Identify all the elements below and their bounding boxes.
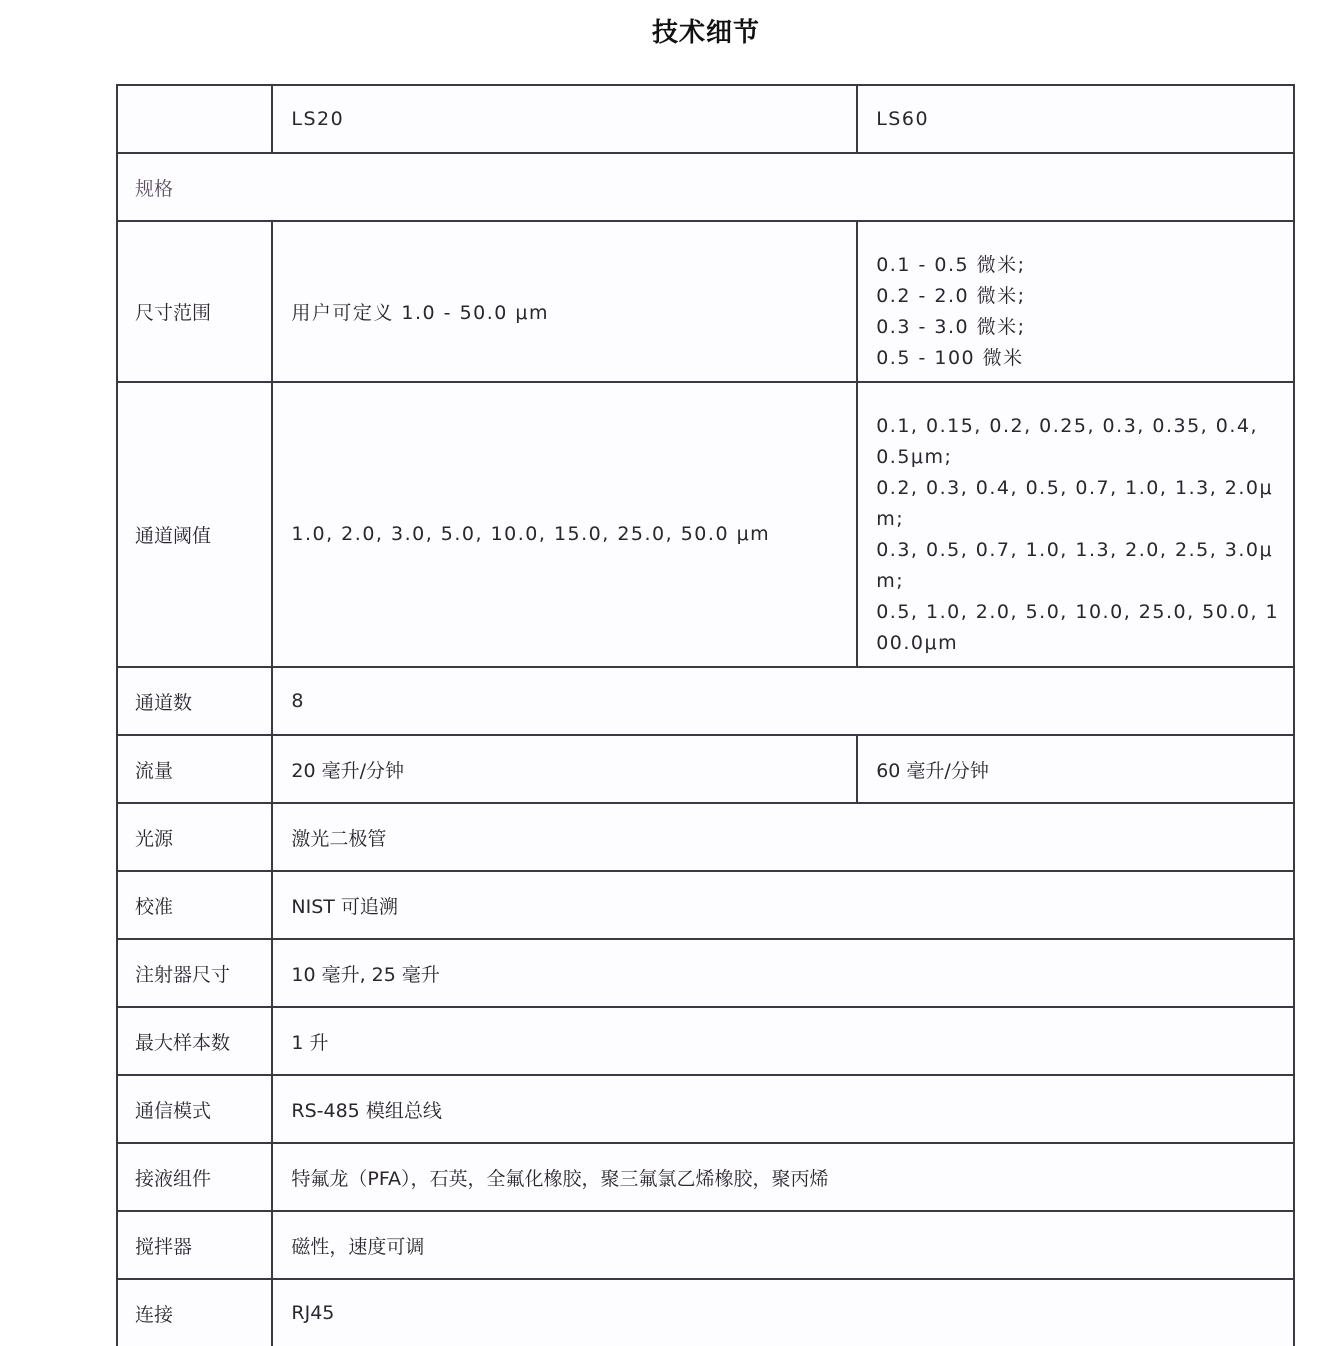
row-value: 1 升 xyxy=(272,1007,1294,1075)
ls60-line: 0.3 - 3.0 微米; xyxy=(876,312,1293,343)
table-row: 接液组件 特氟龙（PFA），石英，全氟化橡胶，聚三氟氯乙烯橡胶，聚丙烯 xyxy=(117,1143,1294,1211)
table-row: 注射器尺寸 10 毫升, 25 毫升 xyxy=(117,939,1294,1007)
row-value: 特氟龙（PFA），石英，全氟化橡胶，聚三氟氯乙烯橡胶，聚丙烯 xyxy=(272,1143,1294,1211)
header-ls20: LS20 xyxy=(272,85,857,153)
ls60-value: 60 毫升/分钟 xyxy=(857,735,1294,803)
row-value: 10 毫升, 25 毫升 xyxy=(272,939,1294,1007)
row-value: 激光二极管 xyxy=(272,803,1294,871)
ls60-value: 0.1, 0.15, 0.2, 0.25, 0.3, 0.35, 0.4, 0.… xyxy=(857,382,1294,667)
ls60-value: 0.1 - 0.5 微米; 0.2 - 2.0 微米; 0.3 - 3.0 微米… xyxy=(857,221,1294,382)
row-label: 注射器尺寸 xyxy=(117,939,272,1007)
header-ls60: LS60 xyxy=(857,85,1294,153)
row-label: 接液组件 xyxy=(117,1143,272,1211)
row-label: 尺寸范围 xyxy=(117,221,272,382)
row-value: NIST 可追溯 xyxy=(272,871,1294,939)
ls20-value: 1.0, 2.0, 3.0, 5.0, 10.0, 15.0, 25.0, 50… xyxy=(272,382,857,667)
ls60-line: 0.1, 0.15, 0.2, 0.25, 0.3, 0.35, 0.4, 0.… xyxy=(876,411,1283,473)
spec-table: LS20 LS60 规格 尺寸范围 用户可定义 1.0 - 50.0 μm 0.… xyxy=(116,84,1295,1346)
ls60-line: 0.5 - 100 微米 xyxy=(876,343,1293,374)
ls60-line: 0.2 - 2.0 微米; xyxy=(876,281,1293,312)
table-header-row: LS20 LS60 xyxy=(117,85,1294,153)
table-row: 通道数 8 xyxy=(117,667,1294,735)
table-row: 尺寸范围 用户可定义 1.0 - 50.0 μm 0.1 - 0.5 微米; 0… xyxy=(117,221,1294,382)
ls60-line: 0.5, 1.0, 2.0, 5.0, 10.0, 25.0, 50.0, 10… xyxy=(876,597,1283,659)
table-row: 最大样本数 1 升 xyxy=(117,1007,1294,1075)
page-title: 技术细节 xyxy=(0,12,1338,49)
table-row: 光源 激光二极管 xyxy=(117,803,1294,871)
ls20-value: 用户可定义 1.0 - 50.0 μm xyxy=(272,221,857,382)
row-label: 通道数 xyxy=(117,667,272,735)
table-row: 流量 20 毫升/分钟 60 毫升/分钟 xyxy=(117,735,1294,803)
row-label: 光源 xyxy=(117,803,272,871)
row-label: 校准 xyxy=(117,871,272,939)
row-label: 最大样本数 xyxy=(117,1007,272,1075)
row-label: 连接 xyxy=(117,1279,272,1346)
section-label: 规格 xyxy=(117,153,1294,221)
row-label: 通信模式 xyxy=(117,1075,272,1143)
row-label: 通道阈值 xyxy=(117,382,272,667)
table-row: 校准 NIST 可追溯 xyxy=(117,871,1294,939)
section-row: 规格 xyxy=(117,153,1294,221)
ls20-value: 20 毫升/分钟 xyxy=(272,735,857,803)
row-value: RS-485 模组总线 xyxy=(272,1075,1294,1143)
table-row: 搅拌器 磁性，速度可调 xyxy=(117,1211,1294,1279)
row-label: 流量 xyxy=(117,735,272,803)
table-row: 连接 RJ45 xyxy=(117,1279,1294,1346)
row-value: 8 xyxy=(272,667,1294,735)
table-row: 通道阈值 1.0, 2.0, 3.0, 5.0, 10.0, 15.0, 25.… xyxy=(117,382,1294,667)
row-label: 搅拌器 xyxy=(117,1211,272,1279)
ls60-line: 0.3, 0.5, 0.7, 1.0, 1.3, 2.0, 2.5, 3.0μm… xyxy=(876,535,1283,597)
ls60-line: 0.1 - 0.5 微米; xyxy=(876,250,1293,281)
ls60-line: 0.2, 0.3, 0.4, 0.5, 0.7, 1.0, 1.3, 2.0μm… xyxy=(876,473,1283,535)
row-value: 磁性，速度可调 xyxy=(272,1211,1294,1279)
row-value: RJ45 xyxy=(272,1279,1294,1346)
header-empty-cell xyxy=(117,85,272,153)
table-row: 通信模式 RS-485 模组总线 xyxy=(117,1075,1294,1143)
